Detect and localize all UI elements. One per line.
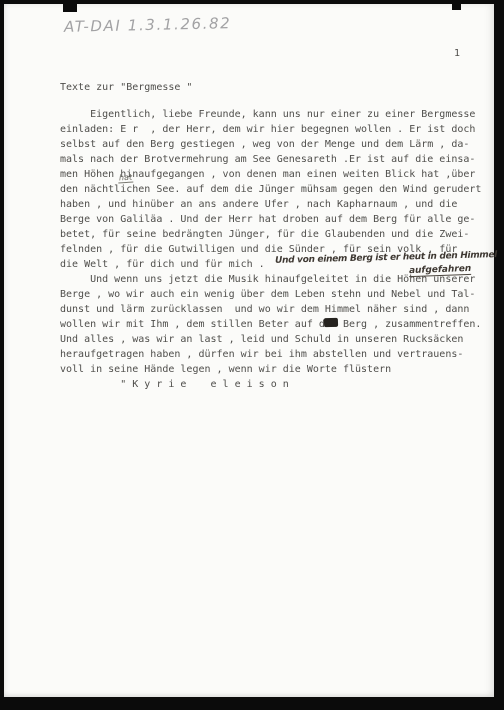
- document-title: Texte zur "Bergmesse ": [60, 80, 192, 95]
- typed-line: Berge von Galiläa . Und der Herr hat dro…: [60, 212, 481, 227]
- typed-line: Eigentlich, liebe Freunde, kann uns nur …: [60, 107, 481, 122]
- typed-line: den nächtlichen See. auf dem die Jünger …: [60, 182, 481, 197]
- pencil-insertion-note: hat: [118, 172, 134, 183]
- typed-line: einladen: E r , der Herr, dem wir hier b…: [60, 122, 481, 137]
- document-page: AT-DAI 1.3.1.26.82 1 Texte zur "Bergmess…: [4, 4, 494, 697]
- scan-notch-left: [63, 4, 77, 12]
- typed-line: Und alles , was wir an last , leid und S…: [60, 332, 481, 347]
- typed-line: voll in seine Hände legen , wenn wir die…: [60, 362, 481, 377]
- scan-notch-right: [452, 4, 461, 10]
- typed-line: dunst und lärm zurücklassen und wo wir d…: [60, 302, 481, 317]
- typed-line: heraufgetragen haben , dürfen wir bei ih…: [60, 347, 481, 362]
- typed-line: haben , und hinüber an ans andere Ufer ,…: [60, 197, 481, 212]
- typed-line: wollen wir mit Ihm , dem stillen Beter a…: [60, 317, 481, 332]
- typed-line: selbst auf den Berg gestiegen , weg von …: [60, 137, 481, 152]
- typed-line: mals nach der Brotvermehrung am See Gene…: [60, 152, 481, 167]
- typed-text-body: Eigentlich, liebe Freunde, kann uns nur …: [60, 107, 481, 392]
- typed-line: betet, für seine bedrängten Jünger, für …: [60, 227, 481, 242]
- typed-line: Berge , wo wir auch ein wenig über dem L…: [60, 287, 481, 302]
- overtyped-blot: [324, 318, 338, 327]
- archive-code-handwriting: AT-DAI 1.3.1.26.82: [64, 14, 232, 36]
- typed-line: " K y r i e e l e i s o n: [60, 377, 481, 392]
- page-number: 1: [454, 48, 460, 59]
- ink-margin-note-line2: aufgefahren: [409, 264, 472, 277]
